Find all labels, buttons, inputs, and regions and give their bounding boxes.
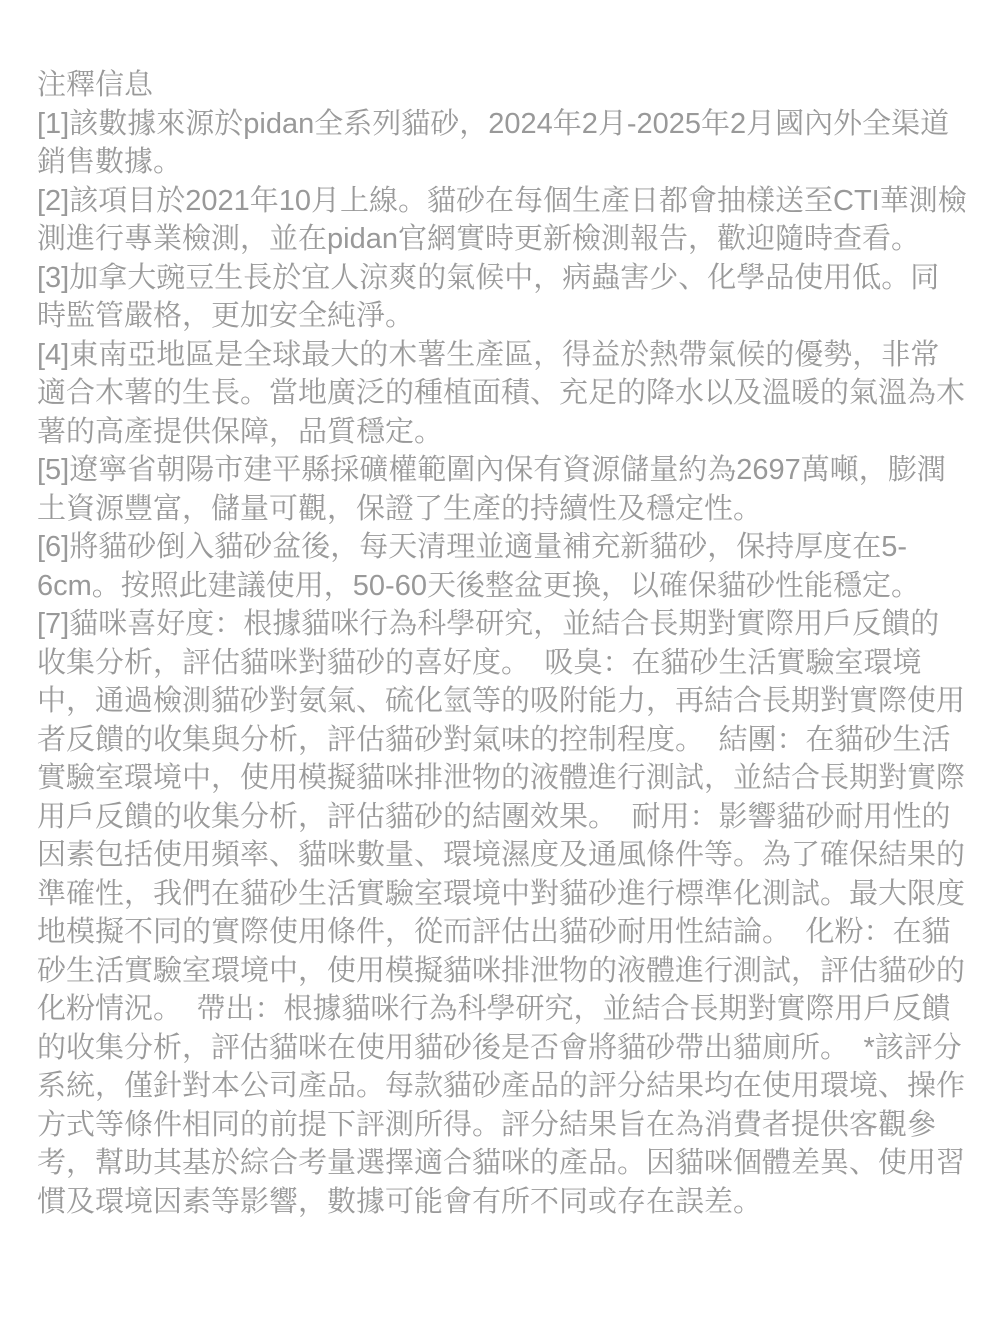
footnote-7: [7]貓咪喜好度：根據貓咪行為科學研究，並結合長期對實際用戶反饋的收集分析，評估… <box>37 605 967 1221</box>
footnote-3: [3]加拿大豌豆生長於宜人涼爽的氣候中，病蟲害少、化學品使用低。同時監管嚴格，更… <box>37 259 967 336</box>
footnote-2: [2]該項目於2021年10月上線。貓砂在每個生產日都會抽樣送至CTI華測檢測進… <box>37 182 967 259</box>
page-title: 注釋信息 <box>37 66 967 105</box>
footnote-6: [6]將貓砂倒入貓砂盆後，每天清理並適量補充新貓砂，保持厚度在5-6cm。按照此… <box>37 528 967 605</box>
footnote-1: [1]該數據來源於pidan全系列貓砂，2024年2月-2025年2月國內外全渠… <box>37 105 967 182</box>
footnote-4: [4]東南亞地區是全球最大的木薯生產區，得益於熱帶氣候的優勢，非常適合木薯的生長… <box>37 336 967 452</box>
footnote-5: [5]遼寧省朝陽市建平縣採礦權範圍內保有資源儲量約為2697萬噸，膨潤土資源豐富… <box>37 451 967 528</box>
annotation-document: 注釋信息 [1]該數據來源於pidan全系列貓砂，2024年2月-2025年2月… <box>37 66 967 1221</box>
